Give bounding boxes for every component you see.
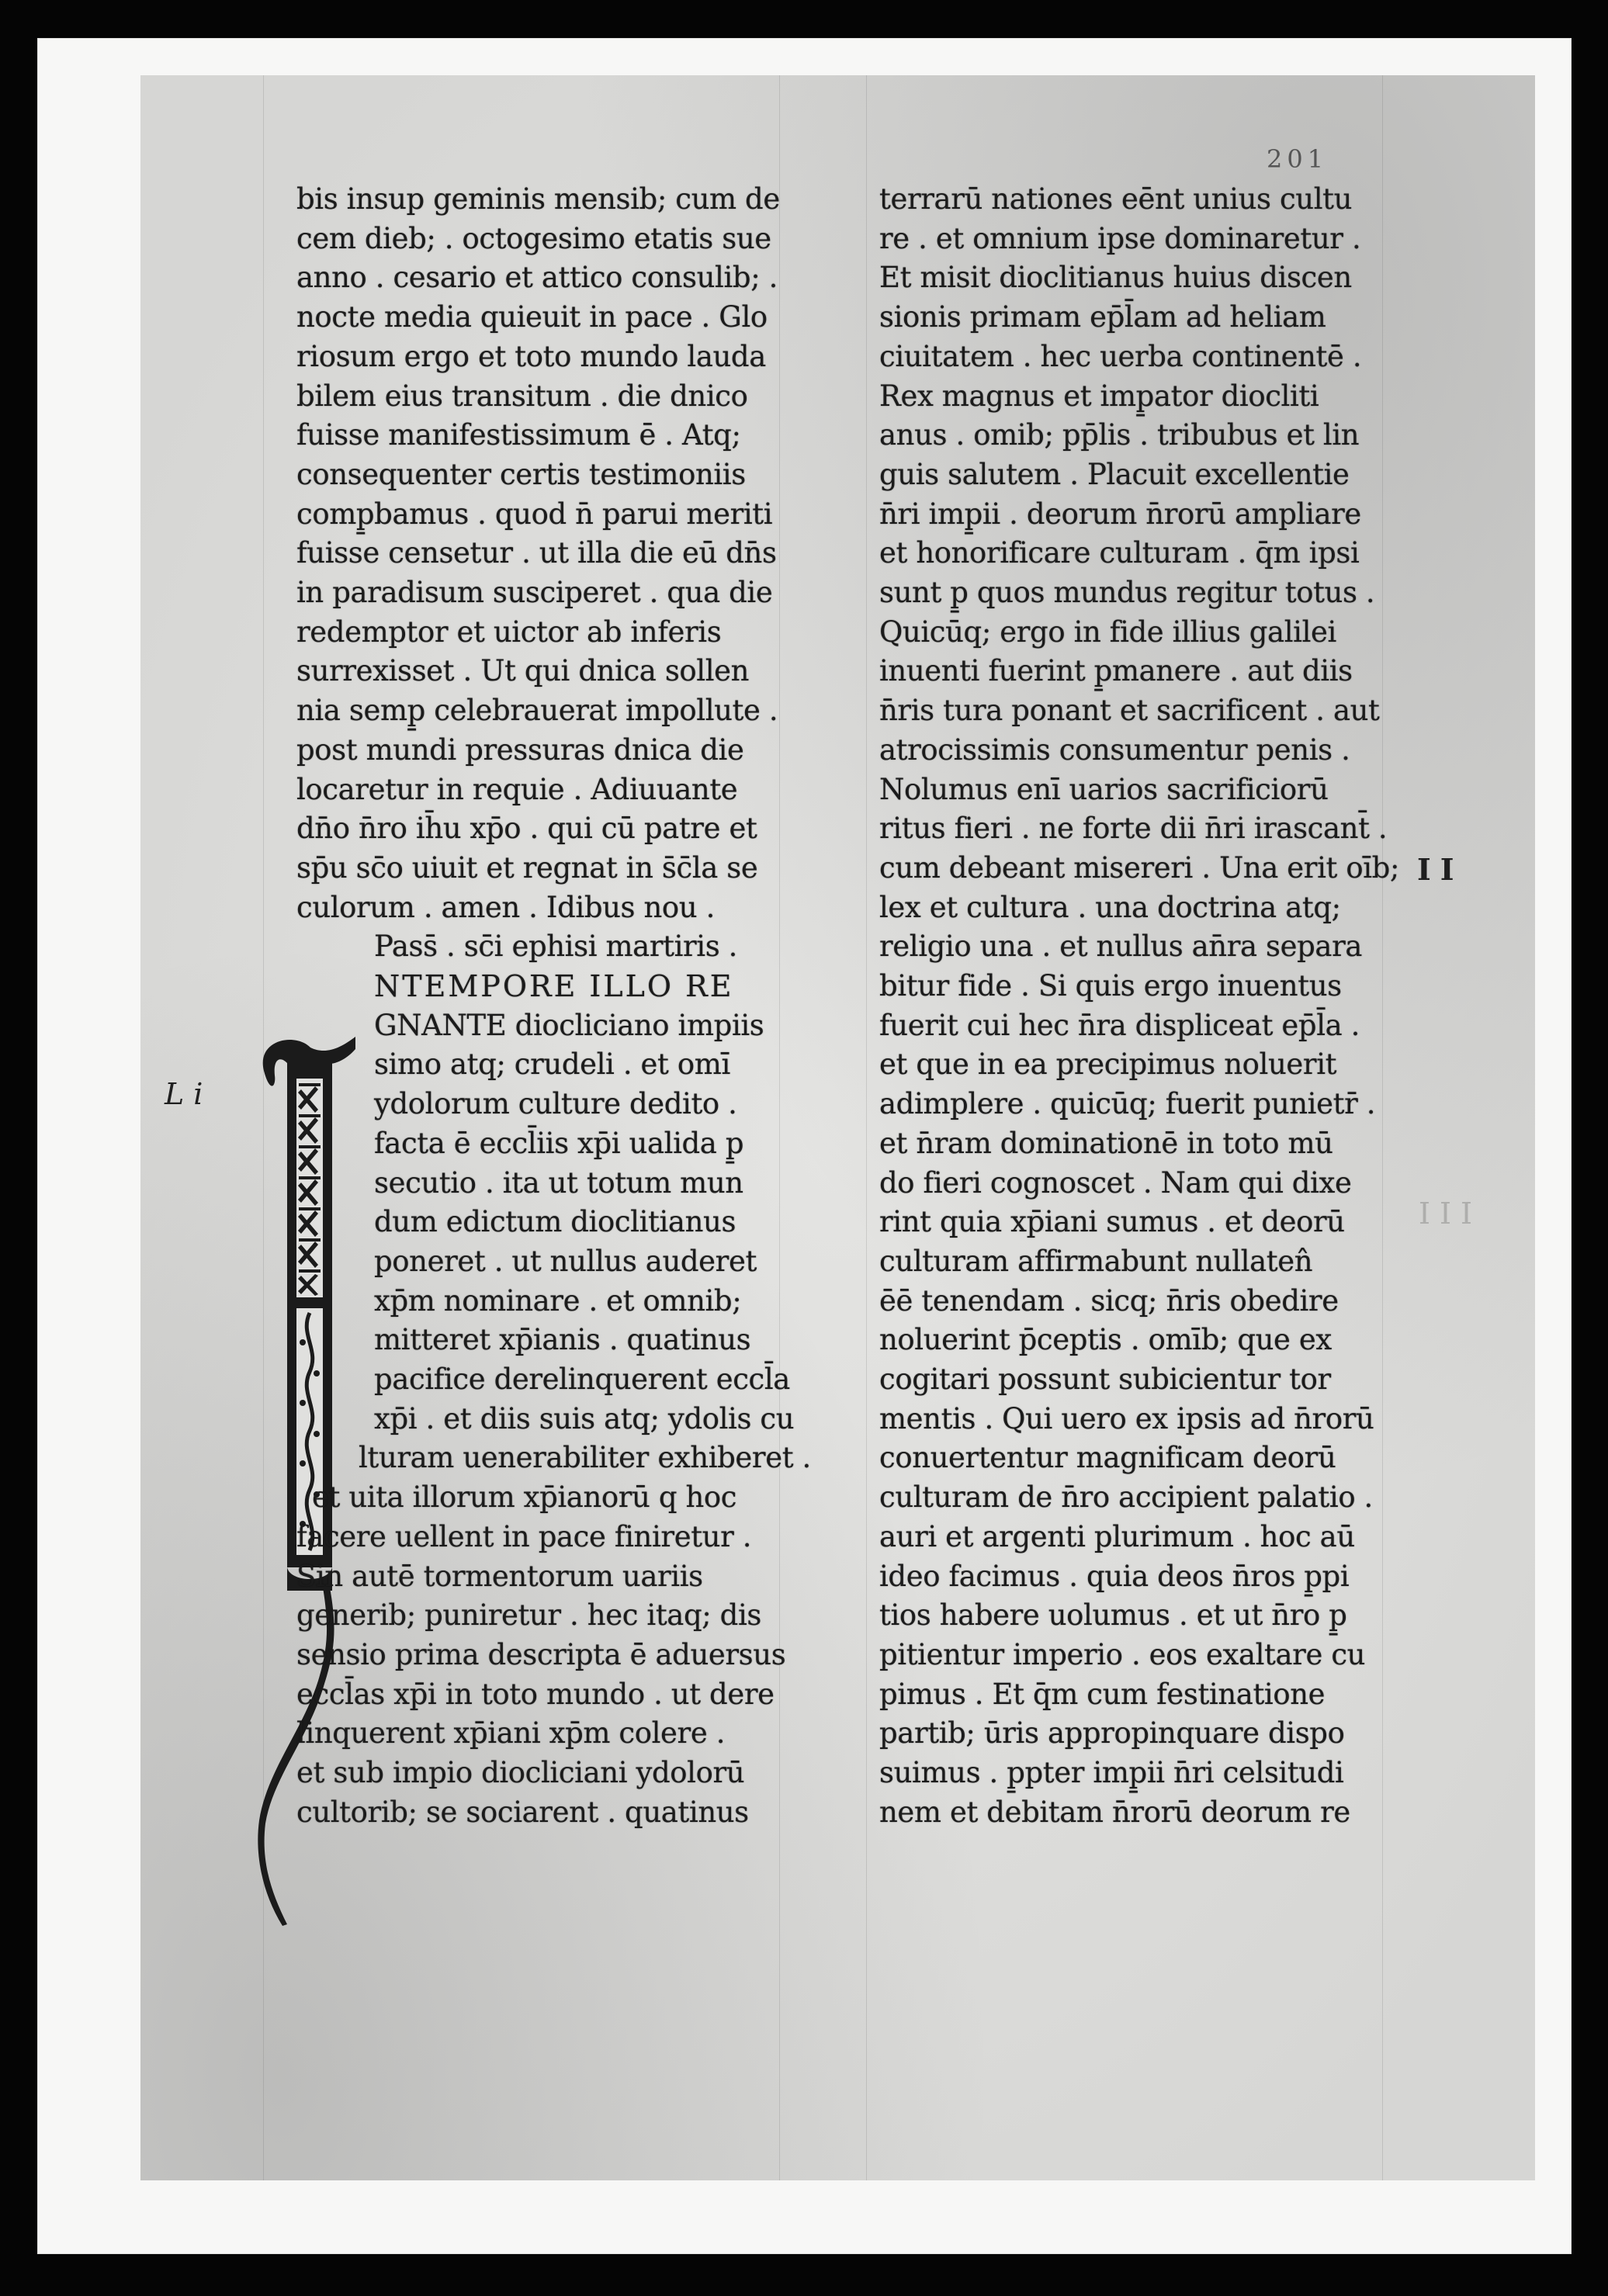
text-line: facere uellent in pace finiretur . (296, 1518, 762, 1557)
text-line: et uita illorum xp̄ianorū q hoc (312, 1478, 762, 1517)
text-line: mitteret xp̄ianis . quatinus (374, 1321, 762, 1359)
text-line: pacifice derelinquerent eccl̄a (374, 1360, 762, 1399)
text-line: culorum . amen . Idibus nou . (296, 888, 762, 927)
text-line: bitur fide . Si quis ergo inuentus (879, 967, 1345, 1006)
text-line: terrarū nationes eēnt unius cultu (879, 180, 1345, 219)
text-line: cum debeant misereri . Una erit oīb; (879, 849, 1345, 888)
text-line: xp̄m nominare . et omnib; (374, 1282, 762, 1321)
text-line: anno . cesario et attico consulib; . (296, 258, 762, 297)
text-line: generib; puniretur . hec itaq; dis (296, 1596, 762, 1635)
text-line: surrexisset . Ut qui dnica sollen (296, 652, 762, 691)
ruling-line (866, 75, 867, 2180)
text-line: conuertentur magnificam deorū (879, 1439, 1345, 1477)
text-line: riosum ergo et toto mundo lauda (296, 338, 762, 376)
ruling-line (1382, 75, 1383, 2180)
text-line: n̄ri imp̱ii . deorum n̄rorū ampliare (879, 495, 1345, 534)
folio-number: 201 (1267, 144, 1328, 174)
text-line: nia semp̱ celebrauerat impollute . (296, 691, 762, 730)
text-line: mentis . Qui uero ex ipsis ad n̄rorū (879, 1400, 1345, 1439)
text-line: consequenter certis testimoniis (296, 455, 762, 494)
text-line: redemptor et uictor ab inferis (296, 613, 762, 652)
text-line: in paradisum susciperet . qua die (296, 573, 762, 612)
text-line: pitientur imperio . eos exaltare cu (879, 1636, 1345, 1674)
text-line: nocte media quieuit in pace . Glo (296, 298, 762, 337)
text-line: ritus fieri . ne forte dii n̄ri irascant… (879, 809, 1345, 848)
text-line: Nolumus enī uarios sacrificiorū (879, 771, 1345, 809)
text-line: n̄ris tura ponant et sacrificent . aut (879, 691, 1345, 730)
text-line: anus . omib; pp̄lis . tribubus et lin (879, 416, 1345, 455)
text-line: cogitari possunt subicientur tor (879, 1360, 1345, 1399)
text-line: inuenti fuerint p̱manere . aut diis (879, 652, 1345, 691)
text-line: dum edictum dioclitianus (374, 1203, 762, 1242)
text-line: ydolorum culture dedito . (374, 1085, 762, 1124)
text-line: suimus . p̱pter imp̱ii n̄ri celsitudi (879, 1754, 1345, 1792)
text-line: guis salutem . Placuit excellentie (879, 455, 1345, 494)
text-line: sionis primam ep̄l̄am ad heliam (879, 298, 1345, 337)
text-line: ideo facimus . quia deos n̄ros p̱pi (879, 1557, 1345, 1596)
text-line: rint quia xp̄iani sumus . et deorū (879, 1203, 1345, 1242)
text-line: bis insup geminis mensib; cum de (296, 180, 762, 219)
ruling-line (779, 75, 780, 2180)
text-line: et sub impio diocliciani ydolorū (296, 1754, 762, 1792)
text-line: Sin autē tormentorum uariis (296, 1557, 762, 1596)
text-line: sunt p̱ quos mundus regitur totus . (879, 573, 1345, 612)
text-line: et n̄ram dominationē in toto mū (879, 1124, 1345, 1163)
text-line: atrocissimis consumentur penis . (879, 731, 1345, 770)
text-line: Rex magnus et imp̱ator diocliti (879, 377, 1345, 416)
text-line: re . et omnium ipse dominaretur . (879, 220, 1345, 258)
text-line: dn̄o n̄ro ih̄u xp̄o . qui cū patre et (296, 809, 762, 848)
text-line: culturam affirmabunt nullaten̂ (879, 1242, 1345, 1281)
text-line: post mundi pressuras dnica die (296, 731, 762, 770)
text-line: Quicūq; ergo in fide illius galilei (879, 613, 1345, 652)
text-line: culturam de n̄ro accipient palatio . (879, 1478, 1345, 1517)
text-line: sensio prima descripta ē aduersus (296, 1636, 762, 1674)
text-line: ēē tenendam . sicq; n̄ris obedire (879, 1282, 1345, 1321)
text-line: locaretur in requie . Adiuuante (296, 771, 762, 809)
text-line: religio una . et nullus an̄ra separa (879, 927, 1345, 966)
text-line: facta ē eccl̄iis xp̄i ualida p̱ (374, 1124, 762, 1163)
text-line: pimus . Et q̄m cum festinatione (879, 1675, 1345, 1714)
text-line: eccl̄as xp̄i in toto mundo . ut dere (296, 1675, 762, 1714)
text-line: fuisse censetur . ut illa die eū dn̄s (296, 534, 762, 573)
rubric-heading: Pass̄ . sc̄i ephisi martiris . (374, 927, 762, 966)
text-line: et que in ea precipimus noluerit (879, 1045, 1345, 1084)
text-line: lex et cultura . una doctrina atq; (879, 888, 1345, 927)
text-line: tios habere uolumus . et ut n̄ro p̱ (879, 1596, 1345, 1635)
text-line: poneret . ut nullus auderet (374, 1242, 762, 1281)
margin-section-marker: II (1417, 852, 1464, 887)
text-line: et honorificare culturam . q̄m ipsi (879, 534, 1345, 573)
text-line: partib; ūris appropinquare dispo (879, 1714, 1345, 1753)
text-line: cem dieb; . octogesimo etatis sue (296, 220, 762, 258)
text-line: linquerent xp̄iani xp̄m colere . (296, 1714, 762, 1753)
text-line: sp̄u sc̄o uiuit et regnat in s̄c̄la se (296, 849, 762, 888)
text-line: ciuitatem . hec uerba continentē . (879, 338, 1345, 376)
text-line: fuerit cui hec n̄ra displiceat ep̄l̄a . (879, 1006, 1345, 1045)
text-line: xp̄i . et diis suis atq; ydolis cu (374, 1400, 762, 1439)
text-line: bilem eius transitum . die dnico (296, 377, 762, 416)
text-line: fuisse manifestissimum ē . Atq; (296, 416, 762, 455)
text-line: GNANTE diocliciano impiis (374, 1006, 762, 1045)
text-line: Et misit dioclitianus huius discen (879, 258, 1345, 297)
text-line: adimplere . quicūq; fuerit punietr̄ . (879, 1085, 1345, 1124)
text-line: do fieri cognoscet . Nam qui dixe (879, 1164, 1345, 1203)
incipit-capitals: NTEMPORE ILLO RE (374, 967, 762, 1006)
text-line: simo atq; crudeli . et omī (374, 1045, 762, 1084)
text-line: cultorib; se sociarent . quatinus (296, 1793, 762, 1832)
text-line: comp̱bamus . quod n̄ parui meriti (296, 495, 762, 534)
margin-rubric-note: Li (165, 1077, 212, 1111)
text-line: nem et debitam n̄rorū deorum re (879, 1793, 1345, 1832)
text-line: lturam uenerabiliter exhiberet . (359, 1439, 762, 1477)
text-line: noluerint p̄ceptis . omīb; que ex (879, 1321, 1345, 1359)
margin-faint-marker: III (1419, 1196, 1482, 1231)
text-line: auri et argenti plurimum . hoc aū (879, 1518, 1345, 1557)
text-line: secutio . ita ut totum mun (374, 1164, 762, 1203)
